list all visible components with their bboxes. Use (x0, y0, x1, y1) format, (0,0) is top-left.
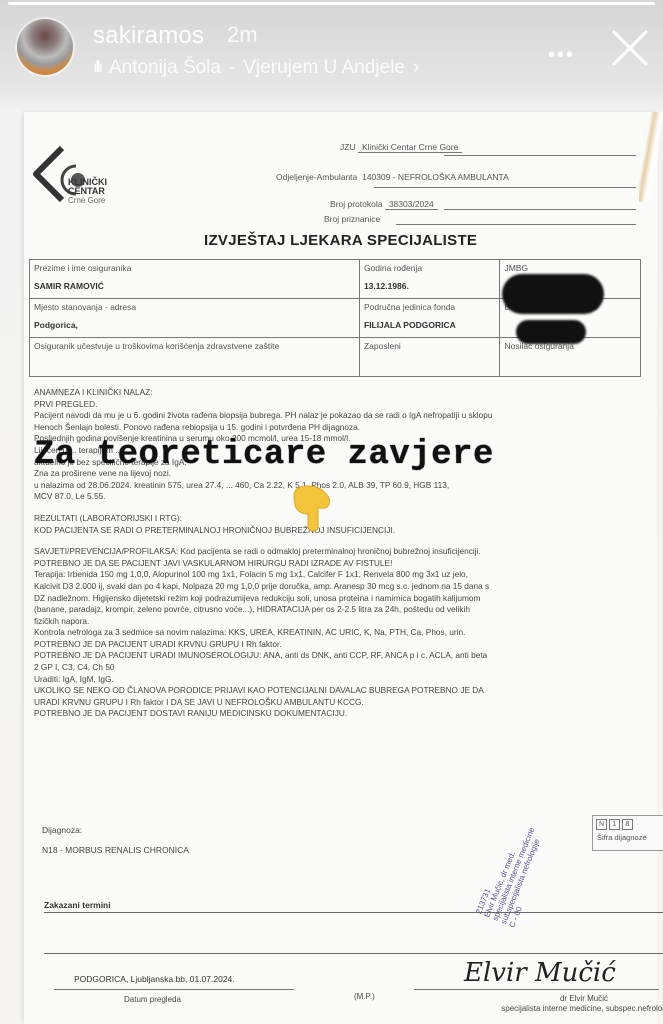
report-line: Kontrola nefrologa za 3 sedmice sa novim… (34, 627, 649, 639)
report-line: DZ nadležnom. Higijensko dijetetski reži… (34, 593, 649, 605)
cell-value: Podgorica, (34, 320, 355, 330)
place-date: PODGORICA, Ljubljanska bb, 01.07.2024. (74, 974, 235, 984)
protocol-value: 38303/2024 (385, 199, 438, 210)
jzu-line: JZU Klinički Centar Crne Gore (340, 142, 462, 153)
table-cell: Godina rođenja13.12.1986. (359, 260, 500, 299)
report-line: POTREBNO JE DA SE PACIJENT JAVI VASKULAR… (34, 558, 649, 570)
report-line: POTREBNO JE DA PACIJENT URADI IMUNOSEROL… (34, 650, 649, 662)
redaction-mark (502, 274, 604, 314)
music-title: Vjerujem U Andjele (243, 57, 405, 79)
cell-label: JMBG (504, 263, 636, 273)
code-cell: 8 (622, 819, 633, 830)
story-viewer[interactable]: KLINIČKI CENTAR Crne Gore JZU Klinički C… (0, 0, 663, 1024)
rule (396, 224, 636, 225)
doctor-info: dr Elvir Mučić specijalista interne medi… (474, 994, 663, 1014)
music-separator: - (229, 57, 235, 79)
report-line: MCV 87.0, Le 5.55. (34, 491, 649, 503)
report-line: SAVJETI/PREVENCIJA/PROFILAKSA: Kod pacij… (34, 546, 649, 558)
diagnosis-value: N18 - MORBUS RENALIS CHRONICA (42, 840, 189, 860)
table-cell: Zaposleni (359, 338, 500, 377)
table-cell: Mjesto stanovanja - adresaPodgorica, (30, 299, 360, 338)
table-cell: Područna jedinica fondaFILIJALA PODGORIC… (359, 299, 500, 338)
document-photo: KLINIČKI CENTAR Crne Gore JZU Klinički C… (24, 112, 657, 1024)
report-line: POTREBNO JE DA PACIJENT URADI KRVNU GRUP… (34, 639, 649, 651)
clinic-logo-text: KLINIČKI CENTAR Crne Gore (68, 178, 107, 205)
cell-value: 13.12.1986. (364, 281, 496, 291)
pointing-down-emoji-icon (288, 482, 334, 532)
logo-line-3: Crne Gore (68, 196, 107, 205)
scheduled-label: Zakazani termini (44, 900, 111, 910)
music-attribution[interactable]: ıllı Antonija Šola - Vjerujem U Andjele … (93, 57, 419, 79)
cell-label: Godina rođenja (364, 263, 496, 273)
referral-label: Broj priznanice (324, 214, 380, 224)
report-line: Henoch Šenlajn bolesti. Ponovo rađena re… (34, 422, 649, 434)
report-line: POTREBNO JE DA PACIJENT DOSTAVI RANIJU M… (34, 708, 649, 720)
report-line: ANAMNEZA I KLINIČKI NALAZ: (34, 387, 649, 399)
report-line: (banane, paradajz, krompir, zeleno povrć… (34, 604, 649, 616)
story-text-overlay: Za teoreticare zavjere (34, 436, 494, 474)
report-line: REZULTATI (LABORATORIJSKI I RTG): (34, 513, 649, 525)
date-label: Datum pregleda (124, 995, 181, 1004)
report-line: Kalcivit D3 2.000 ij, svaki dan po 4 kap… (34, 581, 649, 593)
dept-label: Odjeljenje-Ambulanta (276, 172, 357, 182)
code-cell: 1 (609, 819, 620, 830)
report-line: u nalazima od 28.06.2024. kreatinin 575,… (34, 480, 649, 492)
rule (374, 187, 636, 188)
user-avatar[interactable] (17, 19, 73, 75)
diagnosis-code-cells: N18 (593, 816, 663, 833)
diagnosis-code-label: Šifra dijagnoze (593, 833, 663, 842)
referral-line: Broj priznanice (324, 214, 380, 224)
diagnosis-code-box: N18 Šifra dijagnoze (592, 815, 663, 851)
report-line: URADI KRVNU GRUPU I Rh faktor I DA SE JA… (34, 697, 649, 709)
chevron-right-icon: › (413, 57, 419, 79)
report-line: 2 GP I, C3, C4, Ch 50 (34, 662, 649, 674)
report-line: Uraditi: IgA, IgM, IgG. (34, 674, 649, 686)
jzu-value: Klinički Centar Crne Gore (358, 142, 462, 153)
logo-line-2: CENTAR (68, 187, 107, 196)
close-icon[interactable] (610, 28, 650, 68)
diagnosis: Dijagnoza: N18 - MORBUS RENALIS CHRONICA (42, 820, 189, 860)
story-header: sakiramos 2m ıllı Antonija Šola - Vjeruj… (0, 0, 663, 100)
table-cell: Osiguranik učestvuje u troškovima korišć… (30, 338, 360, 377)
report-line: Pacijent navodi da mu je u 6. godini živ… (34, 410, 649, 422)
rule (414, 989, 659, 990)
rule (444, 155, 636, 156)
cell-value: FILIJALA PODGORICA (364, 320, 496, 330)
rule (444, 209, 636, 210)
report-line (34, 536, 649, 546)
dept-value: 140309 - NEFROLOŠKA AMBULANTA (362, 172, 509, 182)
report-line: fizičkih napora. (34, 616, 649, 628)
doctor-name: dr Elvir Mučić (474, 994, 663, 1004)
protocol-label: Broj protokola (330, 199, 382, 209)
report-line: PRVI PREGLED. (34, 399, 649, 411)
protocol-line: Broj protokola 38303/2024 (330, 199, 438, 210)
handwritten-signature: Elvir Mučić (464, 958, 616, 988)
diagnosis-label: Dijagnoza: (42, 820, 189, 840)
music-artist: Antonija Šola (109, 57, 221, 79)
code-cell: N (596, 819, 607, 830)
post-time: 2m (227, 22, 258, 48)
scheduled-box (44, 912, 663, 954)
dept-line: Odjeljenje-Ambulanta 140309 - NEFROLOŠKA… (276, 172, 509, 182)
cell-label: Zaposleni (364, 341, 496, 351)
cell-label: Osiguranik učestvuje u troškovima korišć… (34, 341, 355, 351)
jzu-label: JZU (340, 142, 356, 152)
document-title: IZVJEŠTAJ LJEKARA SPECIJALISTE (204, 232, 477, 249)
cell-label: Područna jedinica fonda (364, 302, 496, 312)
mp-label: (M.P.) (354, 992, 375, 1001)
report-line: UKOLIKO SE NEKO OD ČLANOVA PORODICE PRIJ… (34, 685, 649, 697)
cell-value: SAMIR RAMOVIĆ (34, 281, 355, 291)
table-cell: Prezime i ime osiguranikaSAMIR RAMOVIĆ (30, 260, 360, 299)
redaction-mark (516, 320, 586, 344)
username[interactable]: sakiramos (93, 22, 204, 50)
rule (54, 989, 294, 990)
report-line (34, 503, 649, 513)
cell-label: Prezime i ime osiguranika (34, 263, 355, 273)
cell-label: Mjesto stanovanja - adresa (34, 302, 355, 312)
sound-wave-icon: ıllı (93, 59, 101, 77)
paper-fold (639, 112, 663, 202)
more-options-button[interactable]: ••• (548, 44, 575, 67)
report-line: Terapija: Irbenida 150 mg 1,0,0, Alopuri… (34, 569, 649, 581)
report-line: KOD PACIJENTA SE RADI O PRETERMINALNOJ H… (34, 525, 649, 537)
doctor-title: specijalista interne medicine, subspec.n… (474, 1004, 663, 1014)
